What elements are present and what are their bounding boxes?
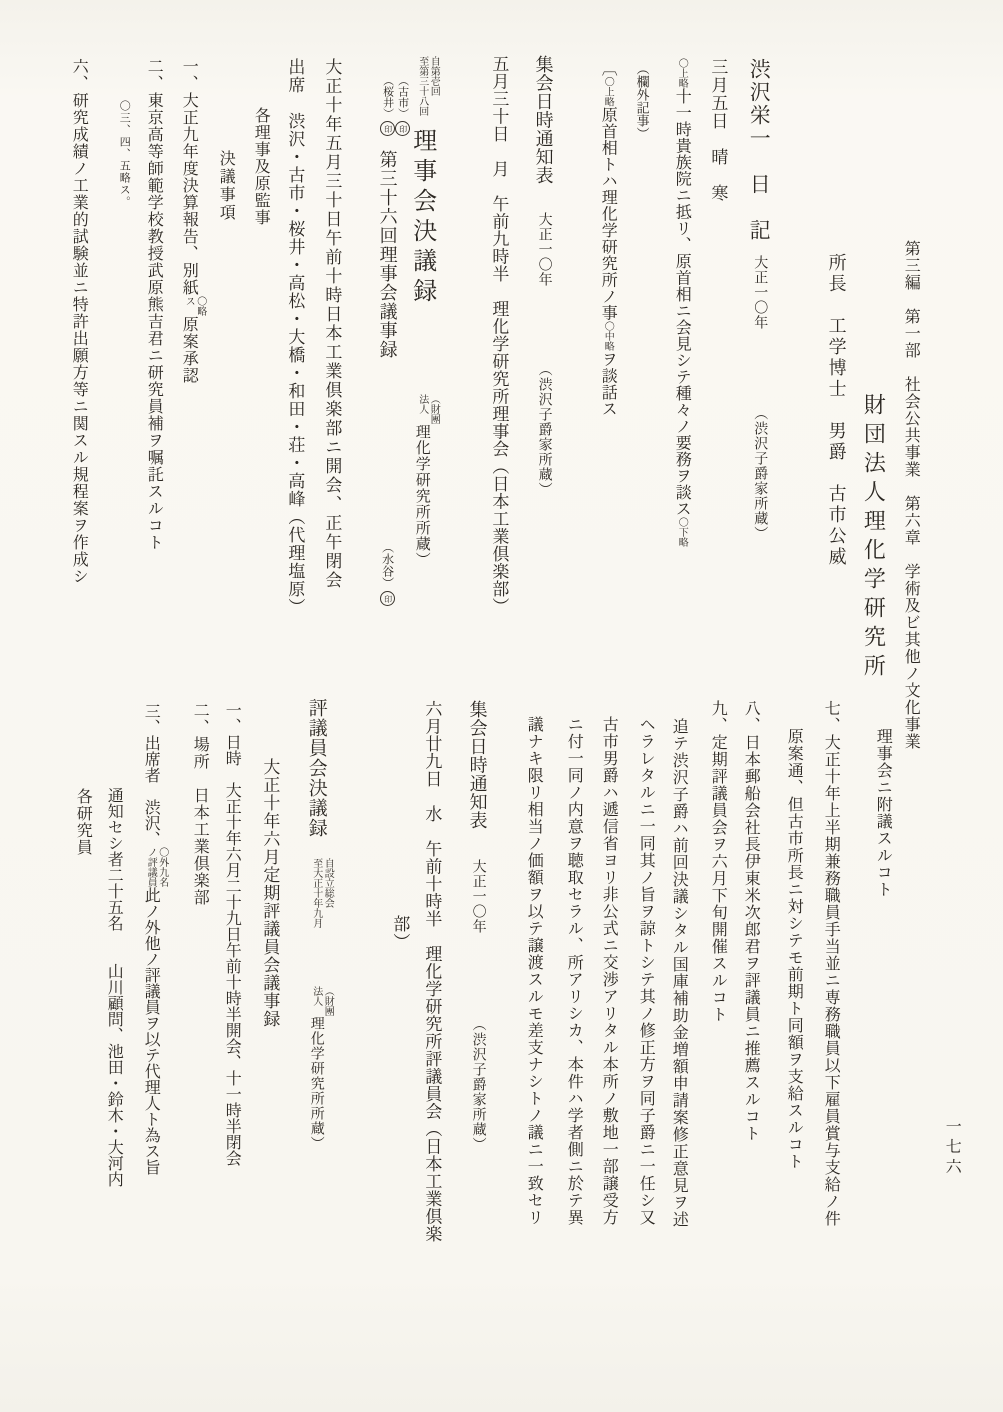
- agenda-item-2: 二、東京高等師範学校教授武原熊吉君ニ研究員補ヲ嘱託スルコト: [144, 58, 163, 551]
- approver-seals: （古市）印（桜井）印: [380, 75, 410, 138]
- board-minutes-subtitle: 第三十六回理事会議事録: [376, 150, 398, 359]
- addendum-line-3: 古市男爵ハ遞信省ヨリ非公式ニ交渉アリタル本所ノ敷地一部譲受方: [599, 716, 618, 1226]
- attendees-text: 三、出席者 渋沢、: [142, 703, 159, 847]
- attendees-text2: 此ノ外他ノ評議員ヲ以テ代理人ト為ス旨: [142, 887, 159, 1175]
- council-notice-source: （渋沢子爵家所蔵）: [469, 1017, 486, 1152]
- board-minutes-title-column: 自第壱回至第三十八回理事会決議録（財團法人理化学研究所所蔵）: [407, 56, 439, 568]
- foundation-small-note: （財團法人: [310, 986, 333, 1016]
- agenda-item-1: 一、大正九年度決算報告、別紙〇略ス原案承認: [179, 58, 206, 384]
- approver-furuichi: （古市）: [397, 75, 409, 119]
- council-range-note: 自設立総会至大正十年九月: [310, 858, 333, 928]
- agenda-heading: 決議事項: [216, 150, 235, 222]
- running-head: 第三編 第一部 社会公共事業 第六章 学術及ビ其他ノ文化事業: [901, 240, 920, 750]
- seal-stamp-icon: 印: [380, 121, 395, 136]
- council-notice-title-column: 集会日時通知表 大正一〇年 （渋沢子爵家所蔵）: [466, 700, 488, 1152]
- diary-entry-text: 十一時貴族院ニ抵リ、原首相ニ会見シテ種々ノ要務ヲ談ス: [673, 88, 690, 517]
- margin-note-label: （欄外記事）: [634, 62, 650, 140]
- seal-stamp-icon: 印: [380, 591, 395, 606]
- scanned-book-page: 第三編 第一部 社会公共事業 第六章 学術及ビ其他ノ文化事業 一七六 財団法人理…: [0, 0, 1003, 1412]
- board-notice-line: 五月三十日 月 午前九時半 理化学研究所理事会（日本工業倶楽部）: [488, 55, 508, 615]
- agenda-item-6-continuation: 理事会ニ附議スルコト: [873, 728, 892, 898]
- notice-source: （渋沢子爵家所蔵）: [535, 362, 552, 497]
- council-notice-line: 六月廿九日 水 午前十時半 理化学研究所評議員会（日本工業倶楽: [421, 700, 441, 1243]
- margin-note-text2: ヲ談話ス: [599, 351, 616, 417]
- council-notice-line-continuation: 部）: [389, 915, 409, 951]
- council-minutes-title-column: 評議員会決議録自設立総会至大正十年九月（財團法人理化学研究所所蔵）: [304, 698, 333, 1151]
- agenda-item-6: 六、研究成績ノ工業的試験並ニ特許出願方等ニ関スル規程案ヲ作成シ: [69, 58, 88, 585]
- diary-title: 渋沢栄一 日 記: [747, 58, 771, 242]
- diary-source: （渋沢子爵家所蔵）: [750, 406, 767, 541]
- opening-bracket: 〔: [599, 60, 616, 77]
- council-attendees-line3: 各研究員: [73, 788, 92, 856]
- approver-sakurai: （桜井）: [382, 75, 394, 119]
- margin-note-column: 〔〇上略原首相トハ理化学研究所ノ事〇中略ヲ談話ス: [598, 60, 617, 417]
- agenda-item-9: 九、定期評議員会ヲ六月下旬開催スルコト: [708, 700, 727, 1023]
- diary-year: 大正一〇年: [750, 255, 767, 330]
- council-notice-year: 大正一〇年: [469, 859, 486, 934]
- omission-mark-middle: 〇中略: [602, 321, 613, 351]
- agenda-item-8: 八、日本郵船会社長伊東米次郎君ヲ評議員ニ推薦スルコト: [741, 700, 760, 1142]
- board-minutes-subtitle-column: （古市）印（桜井）印第三十六回理事会議事録（水谷）印: [376, 75, 410, 608]
- omission-mark-start: 〇上略: [676, 58, 687, 88]
- recorder-mizutani: （水谷）: [381, 541, 395, 589]
- council-item-attendees: 三、出席者 渋沢、〇外九名ノ評議員此ノ外他ノ評議員ヲ以テ代理人ト為ス旨: [141, 703, 168, 1175]
- seal-stamp-icon: 印: [395, 121, 410, 136]
- council-minutes-source: 理化学研究所所蔵）: [309, 1016, 324, 1151]
- omission-mark-end: 〇下略: [676, 517, 687, 547]
- item1-omission-note: 〇略ス: [183, 296, 206, 316]
- addendum-line-4: ニ付一同ノ内意ヲ聴取セラル、所アリシカ、本件ハ学者側ニ於テ異: [564, 716, 583, 1226]
- item1-text: 一、大正九年度決算報告、別紙: [180, 58, 197, 296]
- agenda-item-7-continuation: 原案通、但古市所長ニ対シテモ前期ト同額ヲ支給スルコト: [784, 728, 803, 1170]
- council-minutes-subtitle: 大正十年六月定期評議員会議事録: [259, 758, 279, 1028]
- foundation-right: （財團: [428, 394, 440, 424]
- meeting-notice-title-column: 集会日時通知表 大正一〇年 （渋沢子爵家所蔵）: [532, 55, 554, 497]
- addendum-line-5: 議ナキ限リ相当ノ価額ヲ以テ譲渡スルモ差支ナシトノ議ニ一致セリ: [524, 716, 543, 1226]
- range-from: 自第壱回: [428, 56, 440, 116]
- diary-title-column: 渋沢栄一 日 記 大正一〇年 （渋沢子爵家所蔵）: [746, 58, 771, 541]
- range-to: 至大正十年九月: [310, 858, 322, 928]
- range-to: 至第三十八回: [416, 56, 428, 116]
- council-notice-title: 集会日時通知表: [468, 700, 488, 830]
- items-omitted-note: 〇三、四、五略ス。: [117, 100, 130, 208]
- foundation-left: 法人: [416, 394, 428, 424]
- council-minutes-title: 評議員会決議録: [306, 698, 327, 838]
- agenda-item-7: 七、大正十年上半期兼務職員手当並ニ専務職員以下雇員賞与支給ノ件: [821, 700, 840, 1227]
- volume-range-note: 自第壱回至第三十八回: [416, 56, 439, 116]
- margin-note-text: 原首相トハ理化学研究所ノ事: [599, 107, 616, 322]
- attendees-count-note: 〇外九名ノ評議員: [145, 847, 168, 887]
- page-number: 一七六: [942, 1118, 961, 1178]
- notice-year: 大正一〇年: [535, 212, 552, 287]
- director-line: 所長 工学博士 男爵 古市公威: [825, 253, 847, 568]
- council-item-place: 二、場所 日本工業倶楽部: [190, 702, 209, 906]
- addendum-line-1: 追テ渋沢子爵ハ前回決議シタル国庫補助金増額申請案修正意見ヲ述: [669, 718, 688, 1228]
- range-from: 自設立総会: [322, 858, 334, 928]
- addendum-line-2: ヘラレタルニ一同其ノ旨ヲ諒トシテ其ノ修正方ヲ同子爵ニ一任シ又: [636, 716, 655, 1226]
- board-attendees-line2: 各理事及原監事: [251, 107, 270, 226]
- board-minutes-title: 理事会決議録: [407, 128, 436, 308]
- diary-date-line: 三月五日 晴 寒: [707, 58, 727, 202]
- council-item-datetime: 一、日時 大正十年六月二十九日午前十時半開会、十一時半閉会: [222, 702, 241, 1166]
- foundation-small-note: （財團法人: [416, 394, 439, 424]
- diary-entry-column: 〇上略十一時貴族院ニ抵リ、原首相ニ会見シテ種々ノ要務ヲ談ス〇下略: [672, 58, 691, 547]
- meeting-notice-title: 集会日時通知表: [534, 55, 554, 185]
- board-attendees-line: 出席 渋沢・古市・桜井・高松・大橋・和田・荘・高峰（代理塩原）: [284, 58, 304, 616]
- board-session-line: 大正十年五月三十日午前十時日本工業倶楽部ニ開会、正午閉会: [321, 58, 341, 590]
- section-title-riken: 財団法人理化学研究所: [860, 393, 886, 683]
- omission-mark-start: 〇上略: [602, 77, 613, 107]
- item1-resolution: 原案承認: [180, 316, 197, 384]
- minutes-source: 理化学研究所所蔵）: [414, 424, 430, 568]
- council-attendees-line2: 通知セシ者二十五名 山川顧問、池田・鈴木・大河内: [104, 787, 123, 1187]
